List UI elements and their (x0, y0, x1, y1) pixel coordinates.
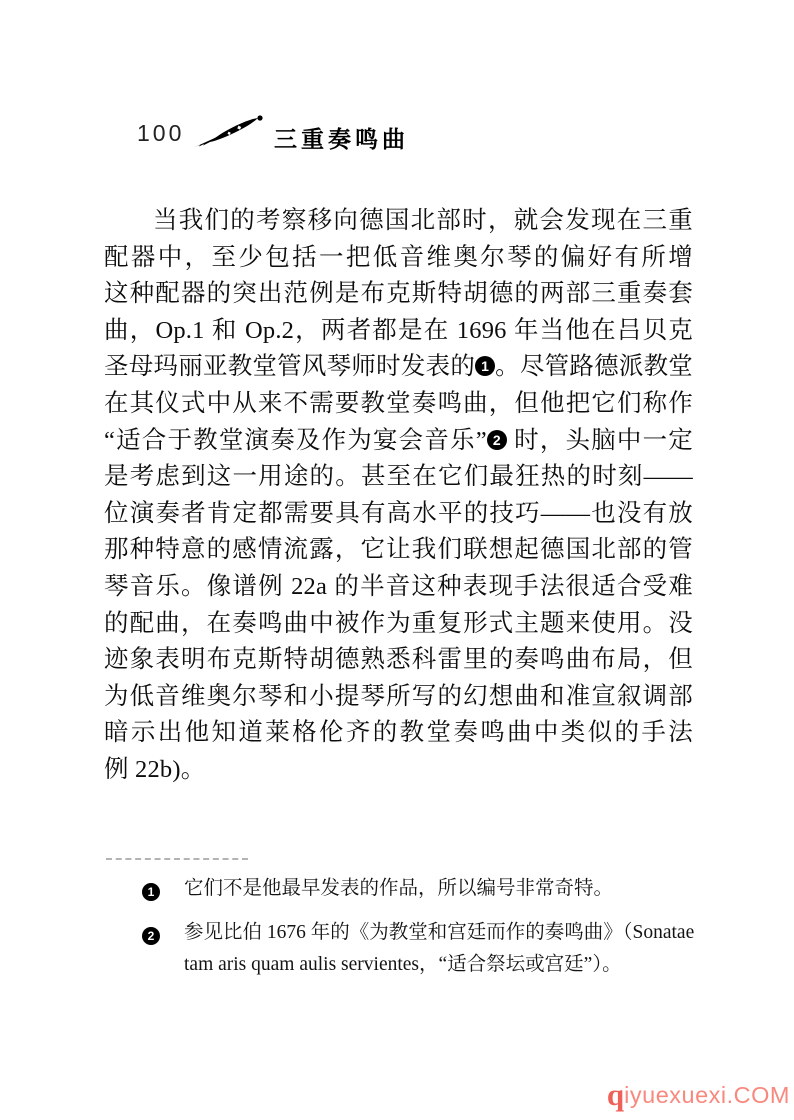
body-text-line: 为低音维奥尔琴和小提琴所写的幻想曲和准宣叙调部分 (104, 679, 693, 716)
page-number: 100 (137, 120, 184, 147)
body-text-line: 曲，Op.1 和 Op.2，两者都是在 1696 年当他在吕贝克当 (104, 313, 693, 350)
footnote-text: 参见比伯 1676 年的《为教堂和宫廷而作的奏鸣曲》（Sonataetam ar… (184, 917, 704, 982)
footnote-ref-2: 2 (487, 430, 507, 450)
body-text-line: 暗示出他知道莱格伦齐的教堂奏鸣曲中类似的手法（谱 (104, 715, 693, 752)
body-text-line: 当我们的考察移向德国北部时，就会发现在三重奏 (104, 203, 693, 240)
body-text-line: 配器中，至少包括一把低音维奥尔琴的偏好有所增加； (104, 240, 693, 277)
watermark-text: iyuexuexi.COM (624, 1082, 790, 1108)
footnote-marker-2: 2 (142, 917, 184, 953)
body-text-line: 例 22b)。 (104, 752, 693, 789)
body-text-line: 琴音乐。像谱例 22a 的半音这种表现手法很适合受难曲 (104, 569, 693, 606)
body-paragraph: 当我们的考察移向德国北部时，就会发现在三重奏配器中，至少包括一把低音维奥尔琴的偏… (104, 203, 693, 789)
footnotes: 1它们不是他最早发表的作品，所以编号非常奇特。2参见比伯 1676 年的《为教堂… (104, 873, 704, 990)
footnote-text: 它们不是他最早发表的作品，所以编号非常奇特。 (184, 873, 704, 906)
watermark-prefix: q (607, 1077, 624, 1112)
footnote-item: 2参见比伯 1676 年的《为教堂和宫廷而作的奏鸣曲》（Sonataetam a… (104, 917, 704, 982)
footnote-ref-1: 1 (475, 356, 495, 376)
footnote-separator (106, 858, 248, 860)
body-text-line: 圣母玛丽亚教堂管风琴师时发表的1。尽管路德派教堂 (104, 349, 693, 386)
body-text-line: 在其仪式中从来不需要教堂奏鸣曲，但他把它们称作 (104, 386, 693, 423)
body-text-line: 那种特意的感情流露，它让我们联想起德国北部的管风 (104, 532, 693, 569)
body-text-line: 的配曲，在奏鸣曲中被作为重复形式主题来使用。没有 (104, 606, 693, 643)
body-text-line: “适合于教堂演奏及作为宴会音乐”2 时，头脑中一定 (104, 423, 693, 460)
body-text-line: 是考虑到这一用途的。甚至在它们最狂热的时刻——两 (104, 459, 693, 496)
site-watermark: qiyuexuexi.COM (607, 1079, 790, 1110)
footnote-marker-icon: 1 (142, 883, 160, 901)
footnote-marker-icon: 2 (142, 927, 160, 945)
body-text-line: 位演奏者肯定都需要具有高水平的技巧——也没有放弃 (104, 496, 693, 533)
body-text-line: 这种配器的突出范例是布克斯特胡德的两部三重奏套 (104, 276, 693, 313)
book-page: 100 三重奏鸣曲 当我们的考察移向德国北部时，就会发现在三重奏配器中，至少包括… (0, 0, 794, 1120)
quill-pen-icon (192, 114, 266, 152)
chapter-title: 三重奏鸣曲 (274, 121, 409, 154)
body-text-line: 迹象表明布克斯特胡德熟悉科雷里的奏鸣曲布局，但他 (104, 642, 693, 679)
footnote-item: 1它们不是他最早发表的作品，所以编号非常奇特。 (104, 873, 704, 909)
footnote-marker-1: 1 (142, 873, 184, 909)
